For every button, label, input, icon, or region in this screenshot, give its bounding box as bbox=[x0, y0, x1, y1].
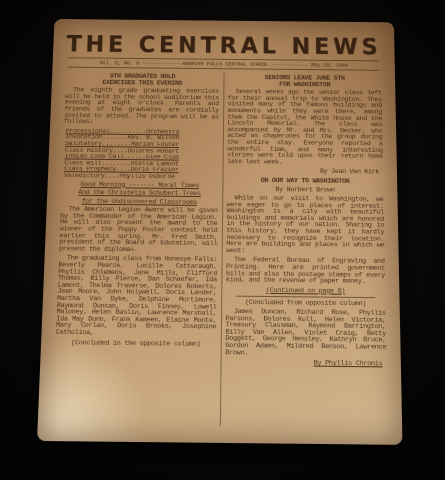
song-credit-line-2: And the Christelia Schubert Trees bbox=[61, 190, 218, 198]
right-paragraph-2: While on our visit to Washington, we wer… bbox=[226, 195, 384, 256]
right-paragraph-1: Several weeks ago the senior class left … bbox=[227, 89, 383, 167]
left-paragraph-1: The eighth grade graduating exercises wi… bbox=[64, 88, 219, 127]
right-byline-2: By Norbert Brown bbox=[227, 186, 384, 194]
left-article-heading: 8TH GRADUATES HOLD EXERCISES THIS EVENIN… bbox=[65, 73, 219, 87]
section-divider-rule bbox=[236, 296, 375, 298]
program-list: Processional..........OrchestraInvocatio… bbox=[64, 128, 219, 181]
newspaper-page: THE CENTRAL NEWS Vol. 5, No. 8 ---------… bbox=[37, 19, 402, 445]
right-article2-heading: ON OUR WAY TO WASHINGTON bbox=[227, 178, 383, 186]
right-paragraph-3: The Federal Bureau of Engraving and Prin… bbox=[226, 257, 385, 285]
masthead-title: THE CENTRAL NEWS bbox=[63, 31, 385, 60]
page-content: THE CENTRAL NEWS Vol. 5, No. 8 ---------… bbox=[48, 26, 392, 436]
program-line: Valedictory....Phyllis Osborne bbox=[64, 173, 218, 181]
column-left: 8TH GRADUATES HOLD EXERCISES THIS EVENIN… bbox=[48, 71, 224, 425]
left-concluded-note: (Concluded in the opposite column) bbox=[55, 340, 216, 349]
right-article1-heading: SENIORS LEAVE JUNE 5TH FOR WASHINGTON bbox=[228, 75, 382, 89]
column-right: SENIORS LEAVE JUNE 5TH FOR WASHINGTON Se… bbox=[220, 73, 391, 428]
continued-note: (Continued on page 6) bbox=[226, 287, 385, 295]
photo-scene: THE CENTRAL NEWS Vol. 5, No. 8 ---------… bbox=[0, 0, 445, 480]
right-byline-1: By Jean Van Kirk bbox=[227, 168, 379, 176]
right-byline-3: By Phyllis Chronis bbox=[225, 360, 382, 369]
right-paragraph-names: James Duncan, Richard Rose, Phyllis Pars… bbox=[225, 309, 386, 358]
left-paragraph-names: The graduating class from Honeoye Falls:… bbox=[56, 256, 218, 338]
left-paragraph-2: The American Legion Award will be given … bbox=[59, 207, 218, 255]
columns: 8TH GRADUATES HOLD EXERCISES THIS EVENIN… bbox=[48, 71, 392, 427]
